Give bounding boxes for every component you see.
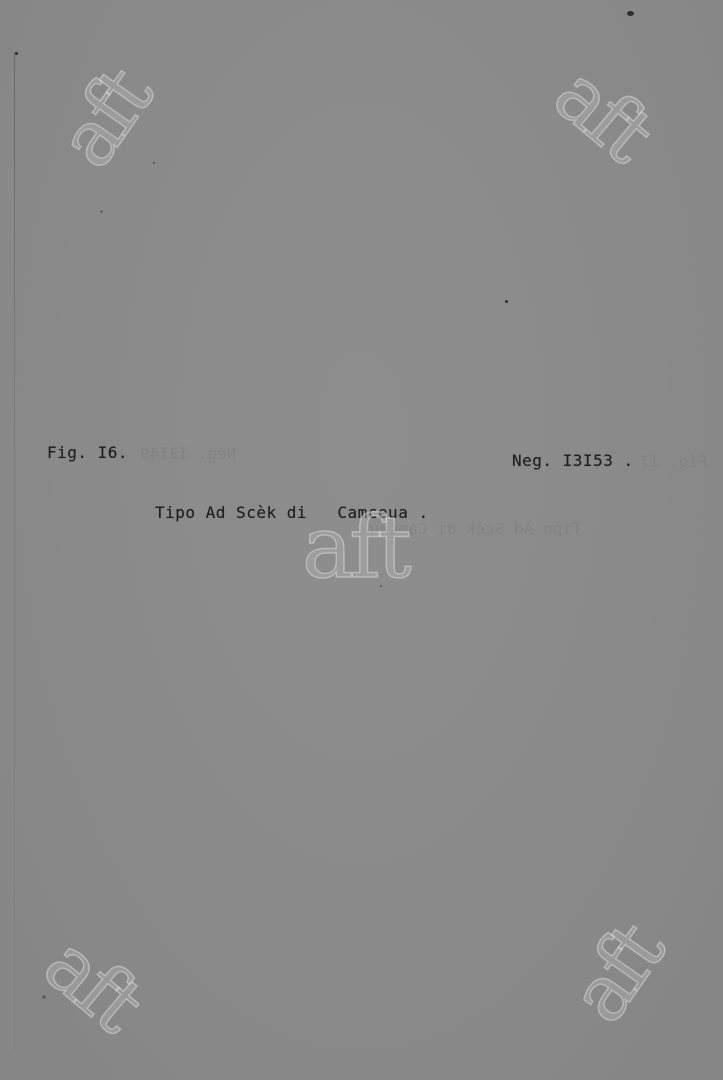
watermark-logo: aft bbox=[31, 924, 154, 1045]
watermark-logo: aft bbox=[541, 54, 664, 175]
dust-speck bbox=[100, 210, 103, 213]
page-edge-line bbox=[14, 52, 15, 1052]
dust-speck bbox=[627, 11, 634, 16]
show-through-text: Fig. I7 bbox=[640, 452, 707, 471]
watermark-logo: aft bbox=[302, 505, 408, 591]
watermark-logo: aft bbox=[558, 913, 676, 1035]
dust-speck bbox=[505, 300, 508, 303]
dust-speck bbox=[153, 162, 155, 164]
document-page: Neg. I3I49 Fig. I7 Tipo Ad Scèk di Camce… bbox=[0, 0, 723, 1080]
figure-label: Fig. I6. bbox=[47, 443, 128, 462]
watermark-logo: aft bbox=[46, 58, 164, 180]
negative-number: Neg. I3I53 . bbox=[512, 451, 634, 470]
show-through-text: Neg. I3I49 bbox=[140, 444, 236, 463]
dust-speck bbox=[15, 52, 18, 55]
